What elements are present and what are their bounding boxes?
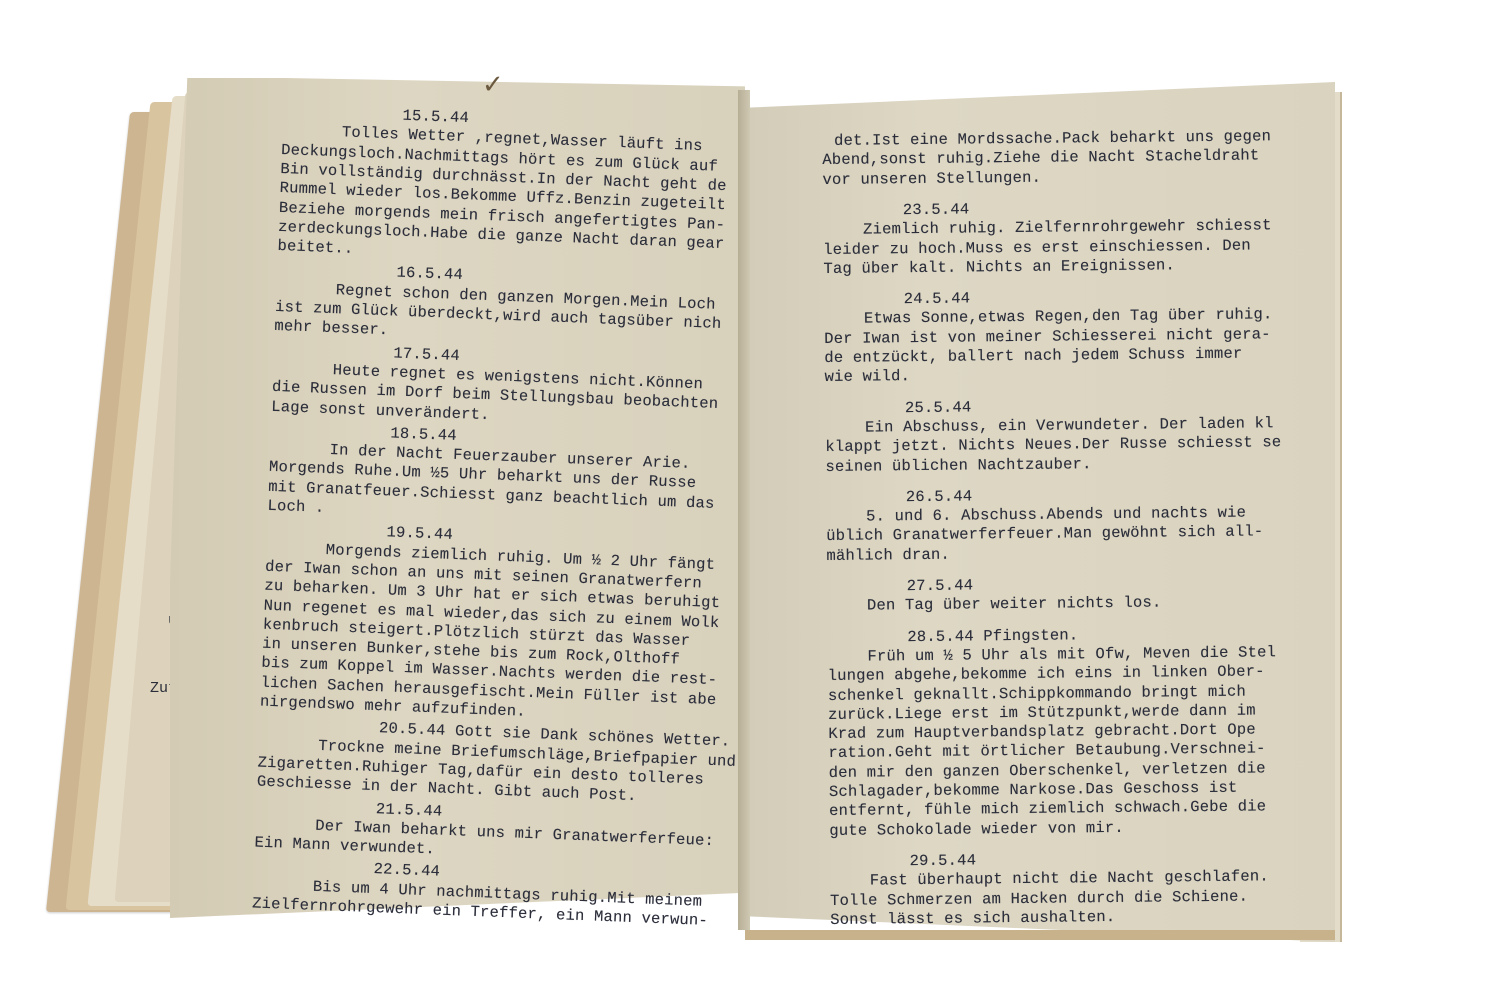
entry-line: beitet.. [277, 237, 354, 259]
entry-line: gute Schokolade wieder von mir. [829, 818, 1124, 841]
entry-date: 29.5.44 [910, 851, 977, 871]
book-cover-edge [745, 930, 1335, 940]
entry-line: wie wild. [824, 367, 910, 387]
entry-date: 28.5.44 Pfingsten. [907, 626, 1078, 647]
entry-date: 27.5.44 [907, 576, 974, 596]
entry-date: 24.5.44 [904, 290, 971, 310]
entry-line: Tag über kalt. Nichts an Ereignissen. [823, 256, 1175, 279]
entry-date: 25.5.44 [905, 398, 972, 418]
entry-date: 23.5.44 [903, 200, 970, 220]
entry-line: Sonst lässt es sich aushalten. [830, 908, 1115, 930]
entry-line: Den Tag über weiter nichts los. [867, 594, 1162, 617]
entry-line: seinen üblichen Nachtzauber. [825, 455, 1091, 477]
pencil-check-mark: ✓ [482, 70, 504, 100]
entry-date: 26.5.44 [906, 487, 973, 507]
entry-line: mählich dran. [826, 545, 950, 566]
continuation-line: vor unseren Stellungen. [822, 168, 1041, 190]
book-gutter [738, 90, 750, 930]
entry-line: Loch . [267, 497, 325, 519]
